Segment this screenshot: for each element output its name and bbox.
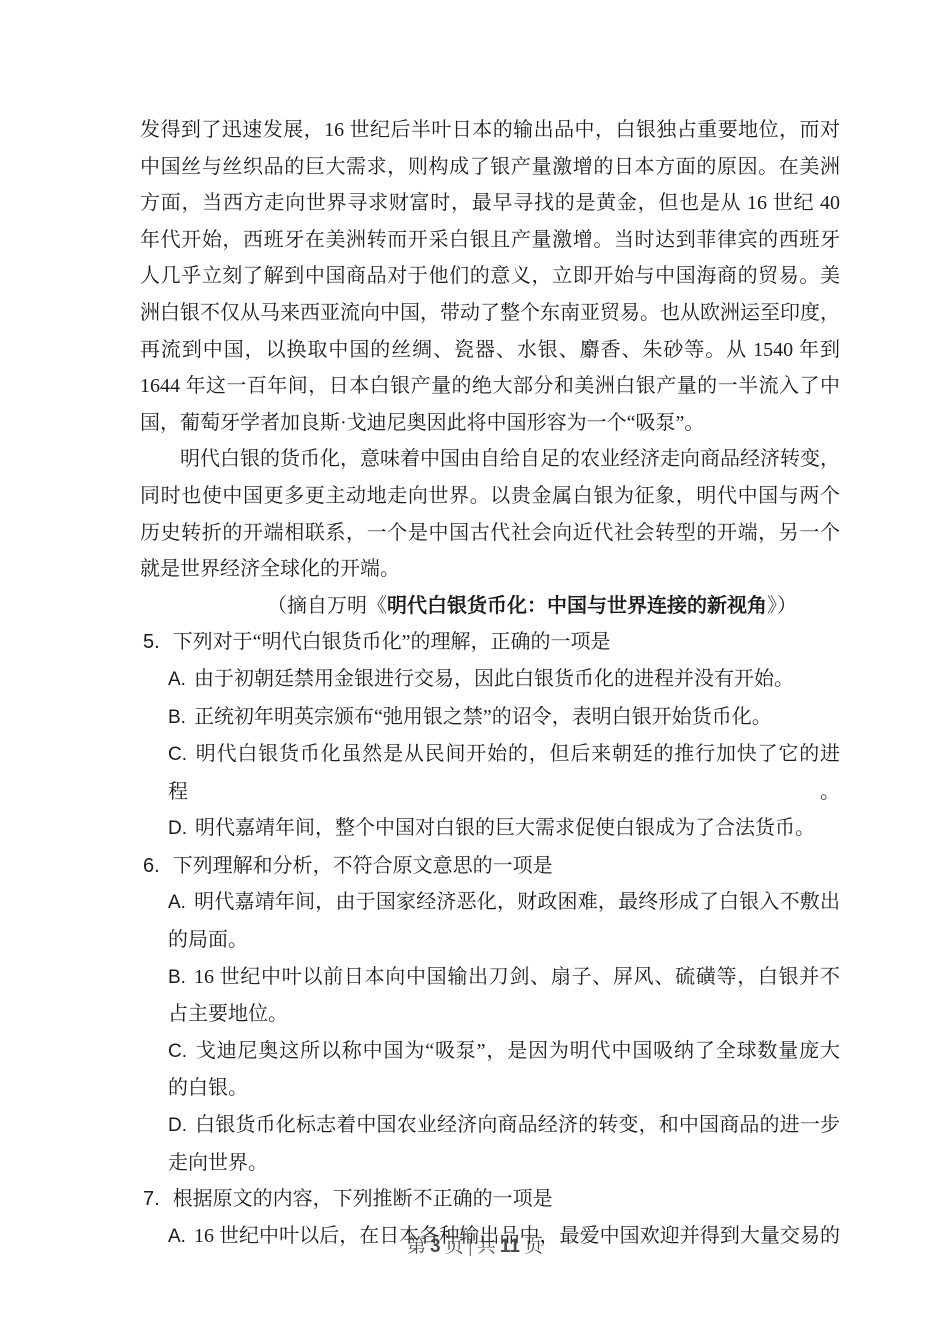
option-label: A. xyxy=(168,669,186,690)
footer-label: 页 | 共 xyxy=(445,1236,496,1257)
option-label: C. xyxy=(168,744,187,765)
option-label: B. xyxy=(168,707,186,728)
option-d: D.白银货币化标志着中国农业经济向商品经济的转变，和中国商品的进一步 xyxy=(168,1107,840,1145)
passage-line: 方面，当西方走向世界寻求财富时，最早寻找的是黄金，但也是从 16 世纪 40 xyxy=(140,185,840,222)
option-text: 由于初朝廷禁用金银进行交易，因此白银货币化的进程并没有开始。 xyxy=(194,668,794,690)
passage-line: 再流到中国，以换取中国的丝绸、瓷器、水银、麝香、朱砂等。从 1540 年到 xyxy=(140,332,840,369)
passage-paragraph-1: 发得到了迅速发展，16 世纪后半叶日本的输出品中，白银独占重要地位，而对 中国丝… xyxy=(140,112,840,441)
attribution-prefix: （摘自万明《 xyxy=(267,595,387,617)
option-c: C.明代白银货币化虽然是从民间开始的，但后来朝廷的推行加快了它的进程。 xyxy=(168,736,840,810)
option-d-continuation: 走向世界。 xyxy=(168,1145,840,1182)
question-stem-text: 下列对于“明代白银货币化”的理解，正确的一项是 xyxy=(173,631,611,653)
footer-label: 页 xyxy=(524,1236,543,1257)
option-text: 正统初年明英宗颁布“弛用银之禁”的诏令，表明白银开始货币化。 xyxy=(194,706,772,728)
option-b-continuation: 占主要地位。 xyxy=(168,996,840,1033)
exam-page-content: 发得到了迅速发展，16 世纪后半叶日本的输出品中，白银独占重要地位，而对 中国丝… xyxy=(140,112,840,1255)
passage-line: 洲白银不仅从马来西亚流向中国，带动了整个东南亚贸易。也从欧洲运至印度， xyxy=(140,295,840,332)
option-label: D. xyxy=(168,818,187,839)
question-number: 6. xyxy=(143,855,160,877)
question-stem: 5.下列对于“明代白银货币化”的理解，正确的一项是 xyxy=(143,624,840,661)
option-text: 明代嘉靖年间，整个中国对白银的巨大需求促使白银成为了合法货币。 xyxy=(195,817,815,839)
total-page-count: 11 xyxy=(496,1236,524,1257)
passage-line: 1644 年这一百年间，日本白银产量的绝大部分和美洲白银产量的一半流入了中 xyxy=(140,368,840,405)
attribution-book-title: 明代白银货币化：中国与世界连接的新视角 xyxy=(387,595,767,617)
question-5: 5.下列对于“明代白银货币化”的理解，正确的一项是 A.由于初朝廷禁用金银进行交… xyxy=(140,624,840,848)
option-d: D.明代嘉靖年间，整个中国对白银的巨大需求促使白银成为了合法货币。 xyxy=(168,810,840,848)
passage-line: 历史转折的开端相联系，一个是中国古代社会向近代社会转型的开端，另一个 xyxy=(140,515,840,552)
option-label: C. xyxy=(168,1041,187,1062)
passage-line: 就是世界经济全球化的开端。 xyxy=(140,551,840,588)
footer-label: 第 xyxy=(407,1236,426,1257)
option-text: 白银货币化标志着中国农业经济向商品经济的转变，和中国商品的进一步 xyxy=(195,1114,840,1136)
option-a: A.由于初朝廷禁用金银进行交易，因此白银货币化的进程并没有开始。 xyxy=(168,661,840,699)
option-c: C.戈迪尼奥这所以称中国为“吸泵”，是因为明代中国吸纳了全球数量庞大 xyxy=(168,1033,840,1071)
option-b: B.正统初年明英宗颁布“弛用银之禁”的诏令，表明白银开始货币化。 xyxy=(168,699,840,737)
option-label: A. xyxy=(168,892,186,913)
option-text: 戈迪尼奥这所以称中国为“吸泵”，是因为明代中国吸纳了全球数量庞大 xyxy=(195,1040,840,1062)
current-page-number: 3 xyxy=(426,1236,445,1257)
option-text: 明代白银货币化虽然是从民间开始的，但后来朝廷的推行加快了它的进程。 xyxy=(168,743,840,803)
passage-paragraph-2: 明代白银的货币化，意味着中国由自给自足的农业经济走向商品经济转变， 同时也使中国… xyxy=(140,441,840,587)
passage-line: 同时也使中国更多更主动地走向世界。以贵金属白银为征象，明代中国与两个 xyxy=(140,478,840,515)
option-a: A.明代嘉靖年间，由于国家经济恶化，财政困难，最终形成了白银入不敷出 xyxy=(168,884,840,922)
passage-line: 明代白银的货币化，意味着中国由自给自足的农业经济走向商品经济转变， xyxy=(140,441,840,478)
option-label: D. xyxy=(168,1115,187,1136)
option-b: B.16 世纪中叶以前日本向中国输出刀剑、扇子、屏风、硫磺等，白银并不 xyxy=(168,959,840,997)
question-stem: 6.下列理解和分析，不符合原文意思的一项是 xyxy=(143,848,840,885)
question-stem-text: 根据原文的内容，下列推断不正确的一项是 xyxy=(173,1188,553,1210)
question-stem: 7.根据原文的内容，下列推断不正确的一项是 xyxy=(143,1181,840,1218)
page-footer: 第3页 | 共11页 xyxy=(0,1234,950,1260)
passage-line: 发得到了迅速发展，16 世纪后半叶日本的输出品中，白银独占重要地位，而对 xyxy=(140,112,840,149)
option-label: B. xyxy=(168,967,186,988)
option-text: 明代嘉靖年间，由于国家经济恶化，财政困难，最终形成了白银入不敷出 xyxy=(194,891,840,913)
passage-line: 国，葡萄牙学者加良斯·戈迪尼奥因此将中国形容为一个“吸泵”。 xyxy=(140,405,840,442)
option-text: 16 世纪中叶以前日本向中国输出刀剑、扇子、屏风、硫磺等，白银并不 xyxy=(194,966,840,988)
attribution-suffix: 》） xyxy=(767,595,797,617)
source-attribution: （摘自万明《明代白银货币化：中国与世界连接的新视角》） xyxy=(140,588,840,625)
question-6: 6.下列理解和分析，不符合原文意思的一项是 A.明代嘉靖年间，由于国家经济恶化，… xyxy=(140,848,840,1181)
passage-line: 中国丝与丝织品的巨大需求，则构成了银产量激增的日本方面的原因。在美洲 xyxy=(140,149,840,186)
question-number: 7. xyxy=(143,1188,160,1210)
question-stem-text: 下列理解和分析，不符合原文意思的一项是 xyxy=(173,855,553,877)
passage-line: 人几乎立刻了解到中国商品对于他们的意义，立即开始与中国海商的贸易。美 xyxy=(140,258,840,295)
passage-line: 年代开始，西班牙在美洲转而开采白银且产量激增。当时达到菲律宾的西班牙 xyxy=(140,222,840,259)
question-number: 5. xyxy=(143,631,160,653)
option-a-continuation: 的局面。 xyxy=(168,922,840,959)
option-c-continuation: 的白银。 xyxy=(168,1070,840,1107)
